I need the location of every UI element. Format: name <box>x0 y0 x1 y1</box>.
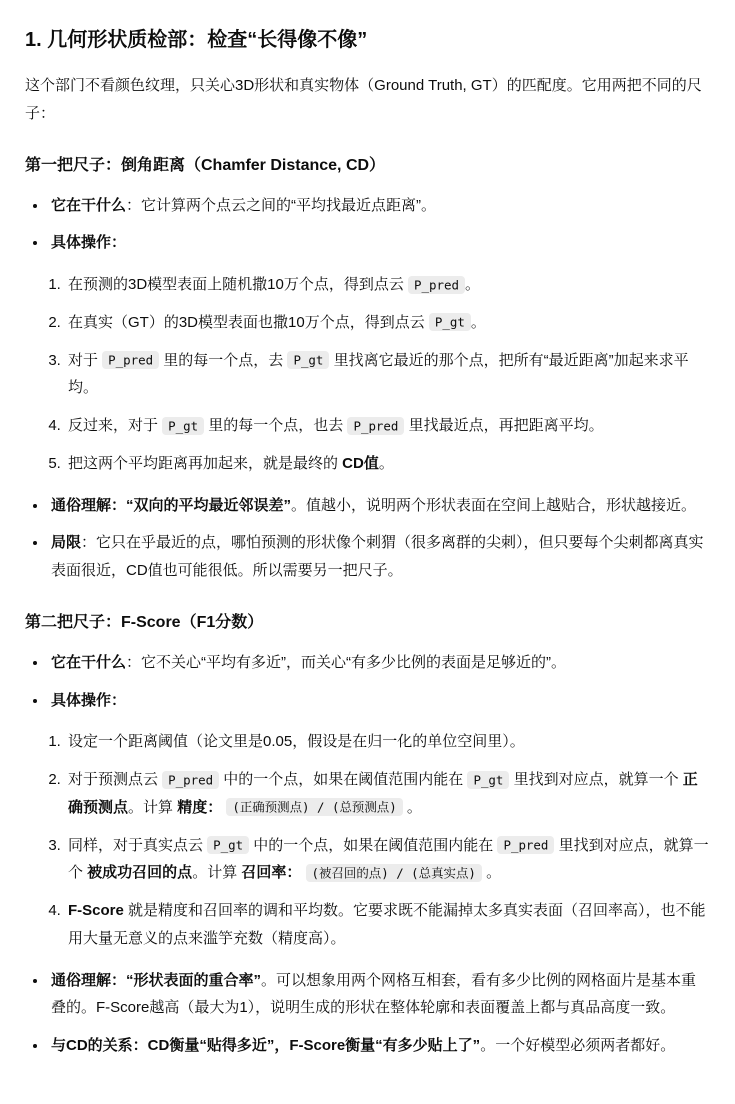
list-item: 设定一个距离阈值（论文里是0.05，假设是在归一化的单位空间里）。 <box>65 728 710 756</box>
fscore-summary-list: 通俗理解：“形状表面的重合率”。可以想象用两个网格互相套，看有多少比例的网格面片… <box>25 967 710 1060</box>
bold-text: F-Score <box>68 902 124 919</box>
bold-text: 精度： <box>177 799 222 816</box>
bold-text: 被成功召回的点 <box>87 864 192 881</box>
bold-text: 与CD的关系：CD衡量“贴得多近”，F-Score衡量“有多少贴上了” <box>51 1037 480 1054</box>
text-run: 。 <box>471 314 486 331</box>
list-item: 具体操作： <box>48 229 710 257</box>
text-run: ：它计算两个点云之间的“平均找最近点距离”。 <box>126 197 436 214</box>
inline-code: P_gt <box>162 417 204 435</box>
text-run: 。计算 <box>192 864 241 881</box>
text-run: 设定一个距离阈值（论文里是0.05，假设是在归一化的单位空间里）。 <box>68 733 525 750</box>
inline-code: P_pred <box>162 771 219 789</box>
list-item: 在预测的3D模型表面上随机撒10万个点，得到点云 P_pred。 <box>65 271 710 299</box>
text-run: 中的一个点，如果在阈值范围内能在 <box>249 837 497 854</box>
bold-text: 它在干什么 <box>51 197 126 214</box>
subsection-title-chamfer: 第一把尺子：倒角距离（Chamfer Distance, CD） <box>25 154 710 178</box>
inline-code: P_pred <box>102 351 159 369</box>
cd-summary-list: 通俗理解：“双向的平均最近邻误差”。值越小，说明两个形状表面在空间上越贴合，形状… <box>25 492 710 585</box>
cd-intro-list: 它在干什么：它计算两个点云之间的“平均找最近点距离”。具体操作： <box>25 192 710 258</box>
list-item: 它在干什么：它不关心“平均有多近”，而关心“有多少比例的表面是足够近的”。 <box>48 649 710 677</box>
fscore-steps-list: 设定一个距离阈值（论文里是0.05，假设是在归一化的单位空间里）。对于预测点云 … <box>25 728 710 952</box>
cd-steps-list: 在预测的3D模型表面上随机撒10万个点，得到点云 P_pred。在真实（GT）的… <box>25 271 710 478</box>
text-run: 反过来，对于 <box>68 417 162 434</box>
bold-text: 局限 <box>51 534 81 551</box>
inline-code: (被召回的点) / (总真实点) <box>306 864 482 882</box>
inline-code: P_pred <box>347 417 404 435</box>
text-run: 在真实（GT）的3D模型表面也撒10万个点，得到点云 <box>68 314 429 331</box>
text-run: 。 <box>379 455 394 472</box>
list-item: 把这两个平均距离再加起来，就是最终的 CD值。 <box>65 450 710 478</box>
text-run: 1. 几何形状质检部：检查“长得像不像” <box>25 29 367 51</box>
text-run: 在预测的3D模型表面上随机撒10万个点，得到点云 <box>68 276 408 293</box>
text-run: 。 <box>403 799 422 816</box>
text-run: 。 <box>465 276 480 293</box>
list-item: 局限：它只在乎最近的点，哪怕预测的形状像个刺猬（很多离群的尖刺），但只要每个尖刺… <box>48 529 710 585</box>
list-item: 通俗理解：“形状表面的重合率”。可以想象用两个网格互相套，看有多少比例的网格面片… <box>48 967 710 1023</box>
list-item: 对于 P_pred 里的每一个点，去 P_gt 里找离它最近的那个点，把所有“最… <box>65 347 710 403</box>
list-item: F-Score 就是精度和召回率的调和平均数。它要求既不能漏掉太多真实表面（召回… <box>65 897 710 953</box>
document-body: 1. 几何形状质检部：检查“长得像不像”这个部门不看颜色纹理，只关心3D形状和真… <box>0 0 735 1104</box>
text-run <box>301 864 305 881</box>
inline-code: P_pred <box>408 276 465 294</box>
bold-text: 它在干什么 <box>51 654 126 671</box>
bold-text: 具体操作： <box>51 692 126 709</box>
list-item: 与CD的关系：CD衡量“贴得多近”，F-Score衡量“有多少贴上了”。一个好模… <box>48 1032 710 1060</box>
bold-text: 具体操作： <box>51 234 126 251</box>
inline-code: P_gt <box>287 351 329 369</box>
subsection-title-fscore: 第二把尺子：F-Score（F1分数） <box>25 611 710 635</box>
text-run: 第二把尺子：F-Score（F1分数） <box>25 614 263 631</box>
text-run: 。一个好模型必须两者都好。 <box>480 1037 675 1054</box>
text-run: 。计算 <box>128 799 177 816</box>
text-run: 里找到对应点，就算一个 <box>509 771 682 788</box>
text-run: 对于预测点云 <box>68 771 162 788</box>
text-run: 这个部门不看颜色纹理，只关心3D形状和真实物体（Ground Truth, GT… <box>25 77 702 122</box>
text-run: 第一把尺子：倒角距离（Chamfer Distance, CD） <box>25 157 385 174</box>
intro-paragraph: 这个部门不看颜色纹理，只关心3D形状和真实物体（Ground Truth, GT… <box>25 72 710 128</box>
list-item: 同样，对于真实点云 P_gt 中的一个点，如果在阈值范围内能在 P_pred 里… <box>65 832 710 888</box>
text-run: 里找最近点，再把距离平均。 <box>404 417 603 434</box>
text-run: 。 <box>482 864 501 881</box>
text-run: 里的每一个点，去 <box>159 352 287 369</box>
text-run: 把这两个平均距离再加起来，就是最终的 <box>68 455 342 472</box>
list-item: 它在干什么：它计算两个点云之间的“平均找最近点距离”。 <box>48 192 710 220</box>
text-run: 对于 <box>68 352 102 369</box>
list-item: 在真实（GT）的3D模型表面也撒10万个点，得到点云 P_gt。 <box>65 309 710 337</box>
bold-text: 召回率： <box>241 864 301 881</box>
fscore-intro-list: 它在干什么：它不关心“平均有多近”，而关心“有多少比例的表面是足够近的”。具体操… <box>25 649 710 715</box>
list-item: 对于预测点云 P_pred 中的一个点，如果在阈值范围内能在 P_gt 里找到对… <box>65 766 710 822</box>
inline-code: (正确预测点) / (总预测点) <box>226 798 402 816</box>
inline-code: P_gt <box>207 836 249 854</box>
list-item: 反过来，对于 P_gt 里的每一个点，也去 P_pred 里找最近点，再把距离平… <box>65 412 710 440</box>
inline-code: P_gt <box>467 771 509 789</box>
text-run: 同样，对于真实点云 <box>68 837 207 854</box>
bold-text: 通俗理解：“双向的平均最近邻误差” <box>51 497 291 514</box>
text-run: 就是精度和召回率的调和平均数。它要求既不能漏掉太多真实表面（召回率高），也不能用… <box>68 902 706 947</box>
bold-text: CD值 <box>342 455 379 472</box>
list-item: 具体操作： <box>48 687 710 715</box>
list-item: 通俗理解：“双向的平均最近邻误差”。值越小，说明两个形状表面在空间上越贴合，形状… <box>48 492 710 520</box>
text-run: 里的每一个点，也去 <box>204 417 347 434</box>
text-run: 。值越小，说明两个形状表面在空间上越贴合，形状越接近。 <box>291 497 696 514</box>
text-run: 中的一个点，如果在阈值范围内能在 <box>219 771 467 788</box>
text-run: ：它只在乎最近的点，哪怕预测的形状像个刺猬（很多离群的尖刺），但只要每个尖刺都离… <box>51 534 704 579</box>
inline-code: P_pred <box>497 836 554 854</box>
text-run: ：它不关心“平均有多近”，而关心“有多少比例的表面是足够近的”。 <box>126 654 566 671</box>
bold-text: 通俗理解：“形状表面的重合率” <box>51 972 261 989</box>
inline-code: P_gt <box>429 313 471 331</box>
section-title: 1. 几何形状质检部：检查“长得像不像” <box>25 26 710 54</box>
